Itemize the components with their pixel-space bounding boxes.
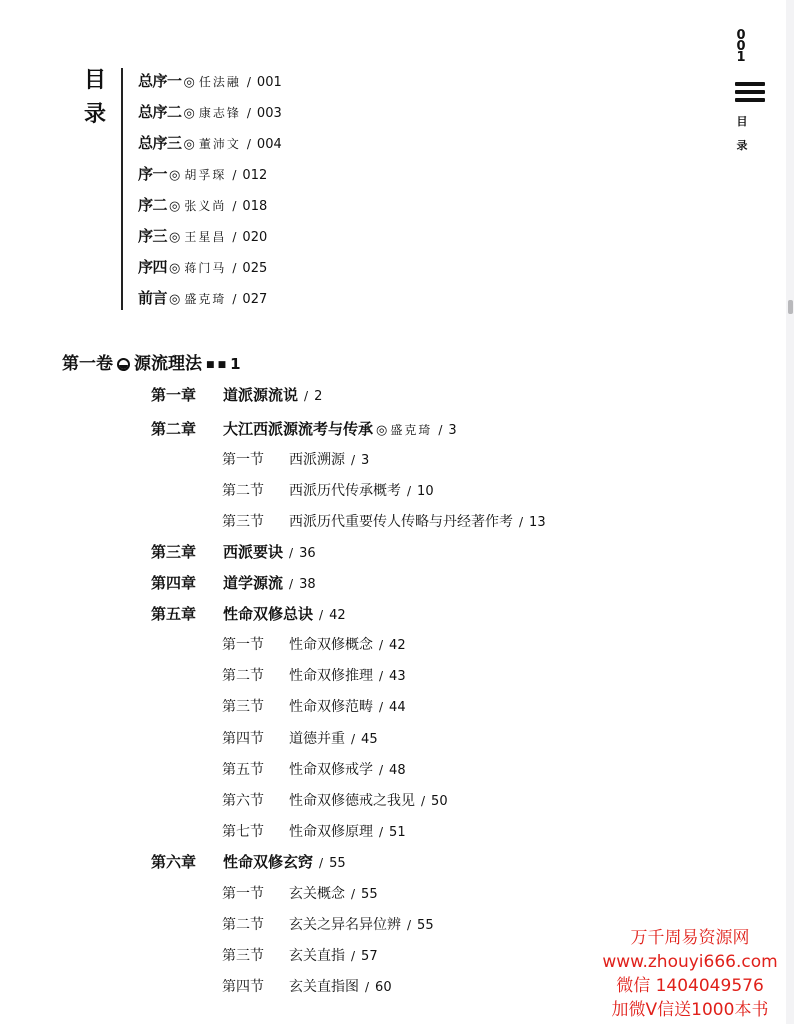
- section-page: 60: [375, 980, 392, 995]
- section-page: 57: [361, 949, 378, 964]
- chapter-page: 3: [448, 423, 456, 438]
- entry-title: 总序一: [138, 72, 182, 90]
- entry-author: 董沛文: [199, 137, 241, 151]
- toc-chapter-item[interactable]: 第四章道学源流/38: [151, 572, 316, 594]
- separator: /: [438, 423, 442, 437]
- entry-author: 胡孚琛: [184, 168, 226, 182]
- section-title: 性命双修德戒之我见: [289, 793, 415, 809]
- section-title: 性命双修原理: [289, 824, 373, 840]
- section-page: 50: [431, 794, 448, 809]
- chapter-title: 道学源流: [223, 574, 283, 592]
- volume-page: 1: [230, 355, 240, 373]
- section-title: 西派溯源: [289, 452, 345, 468]
- separator: /: [407, 484, 411, 498]
- entry-title: 序四: [138, 258, 167, 276]
- entry-page: 027: [242, 292, 267, 307]
- page-number: 0 0 1: [734, 30, 748, 63]
- section-number: 第三节: [222, 511, 289, 533]
- separator: /: [319, 856, 323, 870]
- section-number: 第二节: [222, 480, 289, 502]
- section-number: 第二节: [222, 914, 289, 936]
- toc-chapter-item[interactable]: 第六章性命双修玄窍/55: [151, 851, 346, 873]
- separator: /: [319, 608, 323, 622]
- section-title: 玄关直指图: [289, 979, 359, 995]
- running-head-char: 录: [735, 134, 749, 158]
- entry-title: 序二: [138, 196, 167, 214]
- entry-author: 康志锋: [199, 106, 241, 120]
- watermark-line: 万千周易资源网: [590, 926, 790, 950]
- author-mark-icon: ◎: [169, 199, 180, 214]
- scrollbar-thumb[interactable]: [788, 300, 793, 314]
- separator: /: [351, 453, 355, 467]
- author-mark-icon: ◎: [169, 168, 180, 183]
- separator: /: [247, 137, 251, 151]
- dots-decoration: ■ ■: [206, 360, 226, 370]
- section-page: 45: [361, 732, 378, 747]
- toc-section-item[interactable]: 第二节性命双修推理/43: [222, 665, 406, 687]
- section-page: 42: [389, 638, 406, 653]
- toc-section-item[interactable]: 第六节性命双修德戒之我见/50: [222, 790, 448, 812]
- section-title: 性命双修概念: [289, 637, 373, 653]
- toc-chapter-item[interactable]: 第三章西派要诀/36: [151, 541, 316, 563]
- toc-section-item[interactable]: 第一节玄关概念/55: [222, 883, 378, 905]
- author-mark-icon: ◎: [169, 292, 180, 307]
- section-title: 性命双修范畴: [289, 699, 373, 715]
- section-number: 第七节: [222, 821, 289, 843]
- toc-section-item[interactable]: 第二节西派历代传承概考/10: [222, 480, 434, 502]
- volume-number: 第一卷: [62, 354, 113, 374]
- section-number: 第一节: [222, 449, 289, 471]
- taiji-icon: [117, 358, 130, 371]
- toc-section-item[interactable]: 第四节玄关直指图/60: [222, 976, 392, 998]
- separator: /: [351, 732, 355, 746]
- toc-heading: 目 录: [82, 64, 108, 132]
- watermark: 万千周易资源网 www.zhouyi666.com 微信 1404049576 …: [590, 926, 790, 1022]
- entry-page: 018: [242, 199, 267, 214]
- entry-author: 任法融: [199, 75, 241, 89]
- watermark-line: 微信 1404049576: [590, 974, 790, 998]
- chapter-page: 55: [329, 856, 346, 871]
- toc-section-item[interactable]: 第一节西派溯源/3: [222, 449, 369, 471]
- entry-page: 012: [242, 168, 267, 183]
- chapter-title: 西派要诀: [223, 543, 283, 561]
- author-mark-icon: ◎: [184, 75, 195, 90]
- separator: /: [519, 515, 523, 529]
- watermark-line: www.zhouyi666.com: [590, 950, 790, 974]
- toc-front-matter-item[interactable]: 前言◎盛克琦/027: [138, 287, 267, 309]
- toc-volume-heading[interactable]: 第一卷源流理法■ ■1: [62, 352, 241, 376]
- section-title: 性命双修推理: [289, 668, 373, 684]
- entry-page: 003: [257, 106, 282, 121]
- entry-page: 004: [257, 137, 282, 152]
- section-number: 第二节: [222, 665, 289, 687]
- separator: /: [351, 949, 355, 963]
- entry-title: 总序三: [138, 134, 182, 152]
- separator: /: [365, 980, 369, 994]
- chapter-title: 性命双修玄窍: [223, 853, 313, 871]
- toc-front-matter-item[interactable]: 序三◎王星昌/020: [138, 225, 267, 247]
- section-number: 第三节: [222, 696, 289, 718]
- chapter-page: 42: [329, 608, 346, 623]
- chapter-author: 盛克琦: [390, 423, 432, 437]
- section-title: 玄关概念: [289, 886, 345, 902]
- vertical-divider: [121, 68, 123, 310]
- toc-section-item[interactable]: 第三节西派历代重要传人传略与丹经著作考/13: [222, 511, 546, 533]
- qian-trigram-icon: [735, 82, 765, 106]
- toc-front-matter-item[interactable]: 总序二◎康志锋/003: [138, 101, 282, 123]
- toc-section-item[interactable]: 第四节道德并重/45: [222, 728, 378, 750]
- entry-title: 前言: [138, 289, 167, 307]
- section-number: 第一节: [222, 634, 289, 656]
- entry-page: 001: [257, 75, 282, 90]
- running-head-char: 目: [735, 110, 749, 134]
- entry-title: 总序二: [138, 103, 182, 121]
- toc-chapter-item[interactable]: 第二章大江西派源流考与传承◎盛克琦/3: [151, 418, 457, 440]
- toc-section-item[interactable]: 第三节性命双修范畴/44: [222, 696, 406, 718]
- toc-front-matter-item[interactable]: 总序一◎任法融/001: [138, 70, 282, 92]
- separator: /: [351, 887, 355, 901]
- chapter-number: 第三章: [151, 541, 223, 563]
- separator: /: [407, 918, 411, 932]
- toc-chapter-item[interactable]: 第一章道派源流说/2: [151, 384, 322, 406]
- separator: /: [247, 75, 251, 89]
- section-page: 44: [389, 700, 406, 715]
- toc-section-item[interactable]: 第二节玄关之异名异位辨/55: [222, 914, 434, 936]
- section-number: 第四节: [222, 976, 289, 998]
- section-title: 玄关之异名异位辨: [289, 917, 401, 933]
- chapter-number: 第二章: [151, 418, 223, 440]
- section-number: 第五节: [222, 759, 289, 781]
- author-mark-icon: ◎: [169, 261, 180, 276]
- entry-author: 张义尚: [184, 199, 226, 213]
- entry-author: 王星昌: [184, 230, 226, 244]
- section-title: 性命双修戒学: [289, 762, 373, 778]
- chapter-page: 38: [299, 577, 316, 592]
- entry-author: 盛克琦: [184, 292, 226, 306]
- section-number: 第六节: [222, 790, 289, 812]
- separator: /: [379, 825, 383, 839]
- toc-section-item[interactable]: 第五节性命双修戒学/48: [222, 759, 406, 781]
- toc-section-item[interactable]: 第一节性命双修概念/42: [222, 634, 406, 656]
- section-page: 13: [529, 515, 546, 530]
- chapter-page: 36: [299, 546, 316, 561]
- section-page: 3: [361, 453, 369, 468]
- section-page: 55: [417, 918, 434, 933]
- separator: /: [232, 199, 236, 213]
- scrollbar-track[interactable]: [786, 0, 794, 1024]
- toc-front-matter-item[interactable]: 序一◎胡孚琛/012: [138, 163, 267, 185]
- separator: /: [232, 261, 236, 275]
- section-title: 西派历代传承概考: [289, 483, 401, 499]
- toc-heading-char: 目: [82, 64, 108, 98]
- section-title: 道德并重: [289, 731, 345, 747]
- chapter-page: 2: [314, 389, 322, 404]
- chapter-title: 大江西派源流考与传承: [223, 420, 373, 438]
- chapter-title: 道派源流说: [223, 386, 298, 404]
- toc-section-item[interactable]: 第七节性命双修原理/51: [222, 821, 406, 843]
- entry-author: 蒋门马: [184, 261, 226, 275]
- separator: /: [379, 669, 383, 683]
- separator: /: [232, 292, 236, 306]
- section-title: 西派历代重要传人传略与丹经著作考: [289, 514, 513, 530]
- section-number: 第一节: [222, 883, 289, 905]
- section-number: 第三节: [222, 945, 289, 967]
- separator: /: [289, 546, 293, 560]
- separator: /: [379, 700, 383, 714]
- separator: /: [379, 763, 383, 777]
- author-mark-icon: ◎: [376, 423, 387, 438]
- watermark-line: 加微V信送1000本书: [590, 998, 790, 1022]
- chapter-title: 性命双修总诀: [223, 605, 313, 623]
- toc-heading-char: 录: [82, 98, 108, 132]
- volume-title: 源流理法: [134, 354, 202, 374]
- separator: /: [421, 794, 425, 808]
- section-page: 48: [389, 763, 406, 778]
- toc-front-matter-item[interactable]: 序四◎蒋门马/025: [138, 256, 267, 278]
- section-page: 10: [417, 484, 434, 499]
- separator: /: [232, 168, 236, 182]
- author-mark-icon: ◎: [184, 106, 195, 121]
- separator: /: [379, 638, 383, 652]
- entry-page: 020: [242, 230, 267, 245]
- page-number-digit: 1: [734, 52, 748, 63]
- toc-front-matter-item[interactable]: 序二◎张义尚/018: [138, 194, 267, 216]
- entry-title: 序一: [138, 165, 167, 183]
- section-title: 玄关直指: [289, 948, 345, 964]
- chapter-number: 第六章: [151, 851, 223, 873]
- separator: /: [304, 389, 308, 403]
- separator: /: [289, 577, 293, 591]
- author-mark-icon: ◎: [184, 137, 195, 152]
- chapter-number: 第五章: [151, 603, 223, 625]
- section-page: 51: [389, 825, 406, 840]
- separator: /: [247, 106, 251, 120]
- running-head-title: 目 录: [735, 110, 749, 158]
- chapter-number: 第四章: [151, 572, 223, 594]
- section-number: 第四节: [222, 728, 289, 750]
- section-page: 55: [361, 887, 378, 902]
- section-page: 43: [389, 669, 406, 684]
- chapter-number: 第一章: [151, 384, 223, 406]
- toc-section-item[interactable]: 第三节玄关直指/57: [222, 945, 378, 967]
- entry-title: 序三: [138, 227, 167, 245]
- toc-front-matter-item[interactable]: 总序三◎董沛文/004: [138, 132, 282, 154]
- toc-chapter-item[interactable]: 第五章性命双修总诀/42: [151, 603, 346, 625]
- author-mark-icon: ◎: [169, 230, 180, 245]
- entry-page: 025: [242, 261, 267, 276]
- separator: /: [232, 230, 236, 244]
